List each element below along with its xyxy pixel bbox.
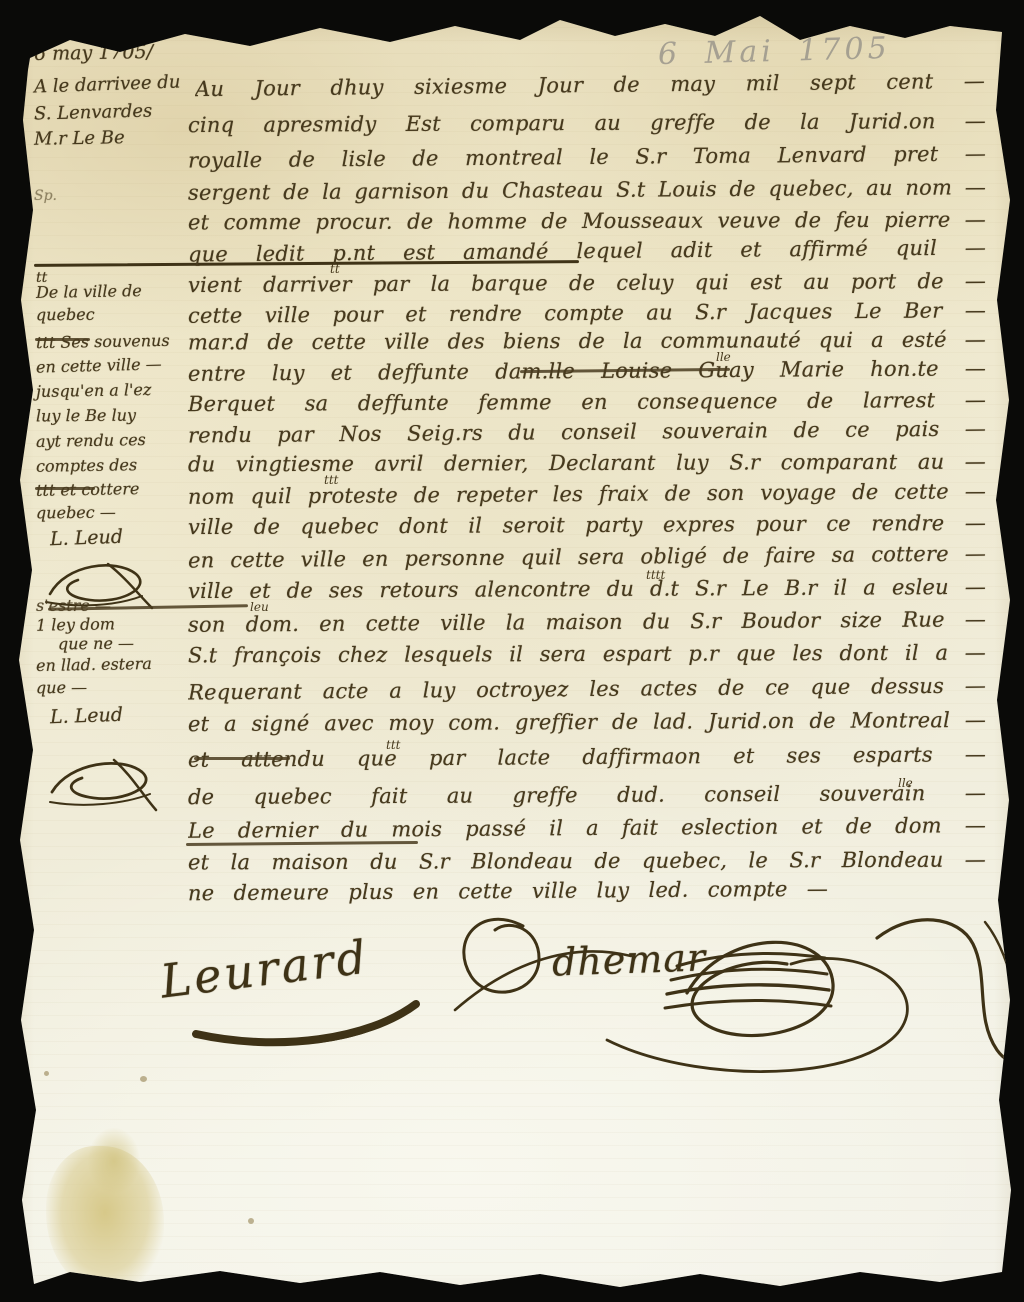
renvoi-mark: tttt: [646, 568, 665, 582]
archival-pencil-date: 6 Mai 1705: [658, 31, 892, 72]
body-line: ville et de ses retours alencontre du d.…: [188, 573, 986, 607]
margin-note-line: 1 ley dom: [36, 614, 115, 635]
margin-paraph-flourish: [40, 752, 175, 814]
margin-note-line: en llad. estera: [36, 654, 152, 676]
margin-note-line: jusqu'en a l'ez: [36, 380, 152, 402]
signature-dhemar-paraph: [425, 898, 1020, 1098]
body-line: de quebec fait au greffe dud. conseil so…: [188, 779, 986, 813]
margin-header-line: A le darrivee du: [34, 71, 181, 97]
margin-note-line: que —: [36, 678, 87, 698]
margin-note-line: ttt et cottere: [36, 479, 140, 501]
body-line: et la maison du S.r Blondeau de quebec, …: [188, 846, 986, 879]
renvoi-mark: lle: [716, 350, 731, 364]
body-line: ville de quebec dont il seroit party exp…: [188, 509, 986, 543]
renvoi-mark: leu: [250, 600, 269, 614]
margin-note-line: ttt Ses souvenus: [36, 331, 170, 353]
margin-initials: L. Leud: [50, 527, 124, 550]
strike-line: [35, 487, 95, 490]
body-line: Requerant acte a luy octroyez les actes …: [188, 672, 986, 709]
body-line: cinq apresmidy Est comparu au greffe de …: [188, 107, 986, 141]
paper-speck: [248, 1218, 254, 1224]
body-line: S.t françois chez lesquels il sera espar…: [188, 639, 986, 672]
body-line: du vingtiesme avril dernier, Declarant l…: [188, 448, 986, 481]
paper-speck: [44, 1071, 49, 1076]
body-line: et attendu que par lacte daffirmaon et s…: [188, 740, 986, 776]
body-line: royalle de lisle de montreal le S.r Toma…: [188, 140, 986, 177]
margin-note-line: que ne —: [58, 634, 134, 655]
body-line: nom quil proteste de repeter les fraix d…: [188, 477, 986, 513]
body-line: et a signé avec moy com. greffier de lad…: [188, 706, 986, 740]
renvoi-mark: ttt: [386, 738, 400, 752]
paper-stain-small: [88, 1128, 140, 1194]
body-line: et comme procur. de homme de Mousseaux v…: [188, 206, 986, 239]
margin-note-line: De la ville de: [36, 281, 142, 303]
margin-initials: L. Leud: [50, 705, 124, 728]
margin-note-line: comptes des: [36, 455, 137, 476]
body-line: Au Jour dhuy sixiesme Jour de may mil se…: [195, 67, 985, 105]
margin-date: 6 may 1705/: [34, 41, 153, 65]
margin-note-line: quebec —: [36, 503, 116, 524]
body-line: que ledit p.nt est amandé lequel adit et…: [188, 234, 986, 271]
margin-header-line: S. Lenvardes: [34, 100, 153, 124]
strike-line: [35, 338, 90, 341]
body-line: mar.d de cette ville des biens de la com…: [188, 326, 986, 359]
body-line: son dom. en cette ville la maison du S.r…: [188, 605, 986, 641]
margin-note-line: luy le Be luy: [36, 406, 136, 427]
renvoi-mark: ttt: [324, 473, 338, 487]
signature-leurard-flourish: [188, 996, 428, 1051]
manuscript-page: 6 Mai 1705 6 may 1705/ A le darrivee du …: [0, 0, 1024, 1302]
body-line: en cette ville en personne quil sera obl…: [188, 540, 986, 577]
body-line: rendu par Nos Seig.rs du conseil souvera…: [188, 415, 986, 452]
margin-note-line: quebec: [36, 305, 95, 326]
margin-note-line: en cette ville —: [36, 354, 162, 377]
strike-line: [194, 757, 290, 760]
body-line: vient darriver par la barque de celuy qu…: [188, 267, 986, 301]
paper-speck: [140, 1076, 147, 1082]
body-line: sergent de la garnison du Chasteau S.t L…: [188, 173, 986, 209]
margin-mark: Sp.: [34, 188, 57, 204]
margin-note-line: ayt rendu ces: [36, 430, 146, 452]
renvoi-mark: tt: [330, 262, 340, 276]
margin-header-line: M.r Le Be: [34, 127, 125, 150]
body-line: entre luy et deffunte dam.lle Louise Gua…: [188, 354, 986, 390]
renvoi-mark: lle: [898, 776, 913, 790]
